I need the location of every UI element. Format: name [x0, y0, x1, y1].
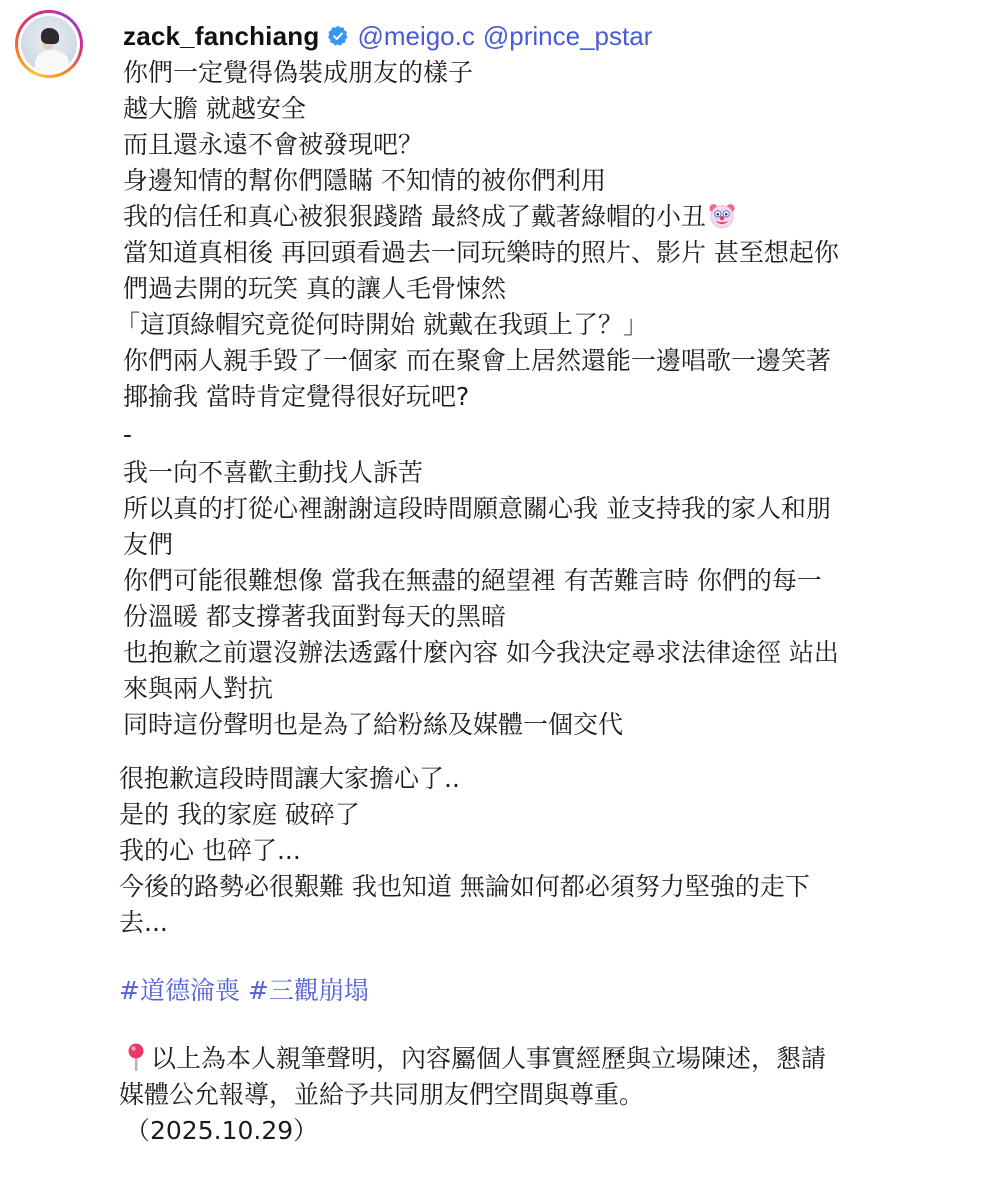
caption-line: 也抱歉之前還沒辦法透露什麼內容 如今我決定尋求法律途徑 站出: [123, 635, 953, 671]
caption-line: 「這頂綠帽究竟從何時開始 就戴在我頭上了？」: [115, 307, 953, 343]
hashtag-link[interactable]: #三觀崩塌: [248, 976, 369, 1005]
caption-line: 們過去開的玩笑 真的讓人毛骨悚然: [123, 271, 953, 307]
avatar-hair: [41, 28, 59, 44]
avatar-border: [18, 13, 80, 75]
caption-line: 同時這份聲明也是為了給粉絲及媒體一個交代: [123, 707, 953, 743]
caption-line-text: 我的信任和真心被狠狠踐踏 最終成了戴著綠帽的小丑: [123, 202, 706, 231]
caption-body: 你們一定覺得偽裝成朋友的樣子 越大膽 就越安全 而且還永遠不會被發現吧？ 身邊知…: [123, 55, 953, 1149]
hashtag-row: #道德淪喪 #三觀崩塌: [119, 973, 953, 1009]
caption-line: 份溫暖 都支撐著我面對每天的黑暗: [123, 599, 953, 635]
mention-link[interactable]: @prince_pstar: [483, 21, 652, 52]
caption-line: 身邊知情的幫你們隱瞞 不知情的被你們利用: [123, 163, 953, 199]
avatar-story-ring[interactable]: [15, 10, 83, 78]
caption-line-with-emoji: 我的信任和真心被狠狠踐踏 最終成了戴著綠帽的小丑: [123, 199, 953, 235]
hashtag-link[interactable]: #道德淪喪: [119, 976, 240, 1005]
mention-link[interactable]: @meigo.c: [357, 21, 474, 52]
caption-line: 當知道真相後 再回頭看過去一同玩樂時的照片、影片 甚至想起你: [123, 235, 953, 271]
avatar[interactable]: [21, 16, 77, 72]
caption-line: 去...: [119, 905, 953, 941]
paragraph-gap: [123, 941, 953, 973]
verified-badge-icon: [327, 25, 349, 47]
round-pushpin-icon: [127, 1043, 145, 1073]
caption-line: 今後的路勢必很艱難 我也知道 無論如何都必須努力堅強的走下: [119, 869, 953, 905]
caption-line: 你們兩人親手毀了一個家 而在聚會上居然還能一邊唱歌一邊笑著: [123, 343, 953, 379]
caption-line: 來與兩人對抗: [123, 671, 953, 707]
statement-line-with-pin: 以上為本人親筆聲明，內容屬個人事實經歷與立場陳述，懇請: [127, 1041, 953, 1077]
caption-line: 你們可能很難想像 當我在無盡的絕望裡 有苦難言時 你們的每一: [123, 563, 953, 599]
statement-text: 以上為本人親筆聲明，內容屬個人事實經歷與立場陳述，懇請: [151, 1044, 826, 1073]
separator-dash: -: [123, 415, 953, 455]
caption-line: 很抱歉這段時間讓大家擔心了..: [119, 761, 953, 797]
caption-line: 我一向不喜歡主動找人訴苦: [123, 455, 953, 491]
caption-line: 越大膽 就越安全: [123, 91, 953, 127]
caption-line: 揶揄我 當時肯定覺得很好玩吧?: [123, 379, 953, 415]
caption-line: 我的心 也碎了...: [119, 833, 953, 869]
paragraph-gap: [123, 743, 953, 761]
caption-line: 是的 我的家庭 破碎了: [119, 797, 953, 833]
caption-line: 你們一定覺得偽裝成朋友的樣子: [123, 55, 953, 91]
post-caption: zack_fanchiang @meigo.c @prince_pstar 你們…: [123, 17, 953, 1149]
username-link[interactable]: zack_fanchiang: [123, 21, 319, 52]
statement-date: （2025.10.29）: [119, 1113, 953, 1149]
avatar-shirt: [35, 50, 69, 72]
paragraph-gap: [123, 1009, 953, 1041]
caption-line: 友們: [123, 527, 953, 563]
statement-line: 媒體公允報導，並給予共同朋友們空間與尊重。: [119, 1077, 953, 1113]
caption-line: 而且還永遠不會被發現吧？: [123, 127, 953, 163]
caption-line: 所以真的打從心裡謝謝這段時間願意關心我 並支持我的家人和朋: [123, 491, 953, 527]
clown-face-emoji-icon: [708, 202, 736, 230]
caption-header: zack_fanchiang @meigo.c @prince_pstar: [123, 17, 953, 55]
